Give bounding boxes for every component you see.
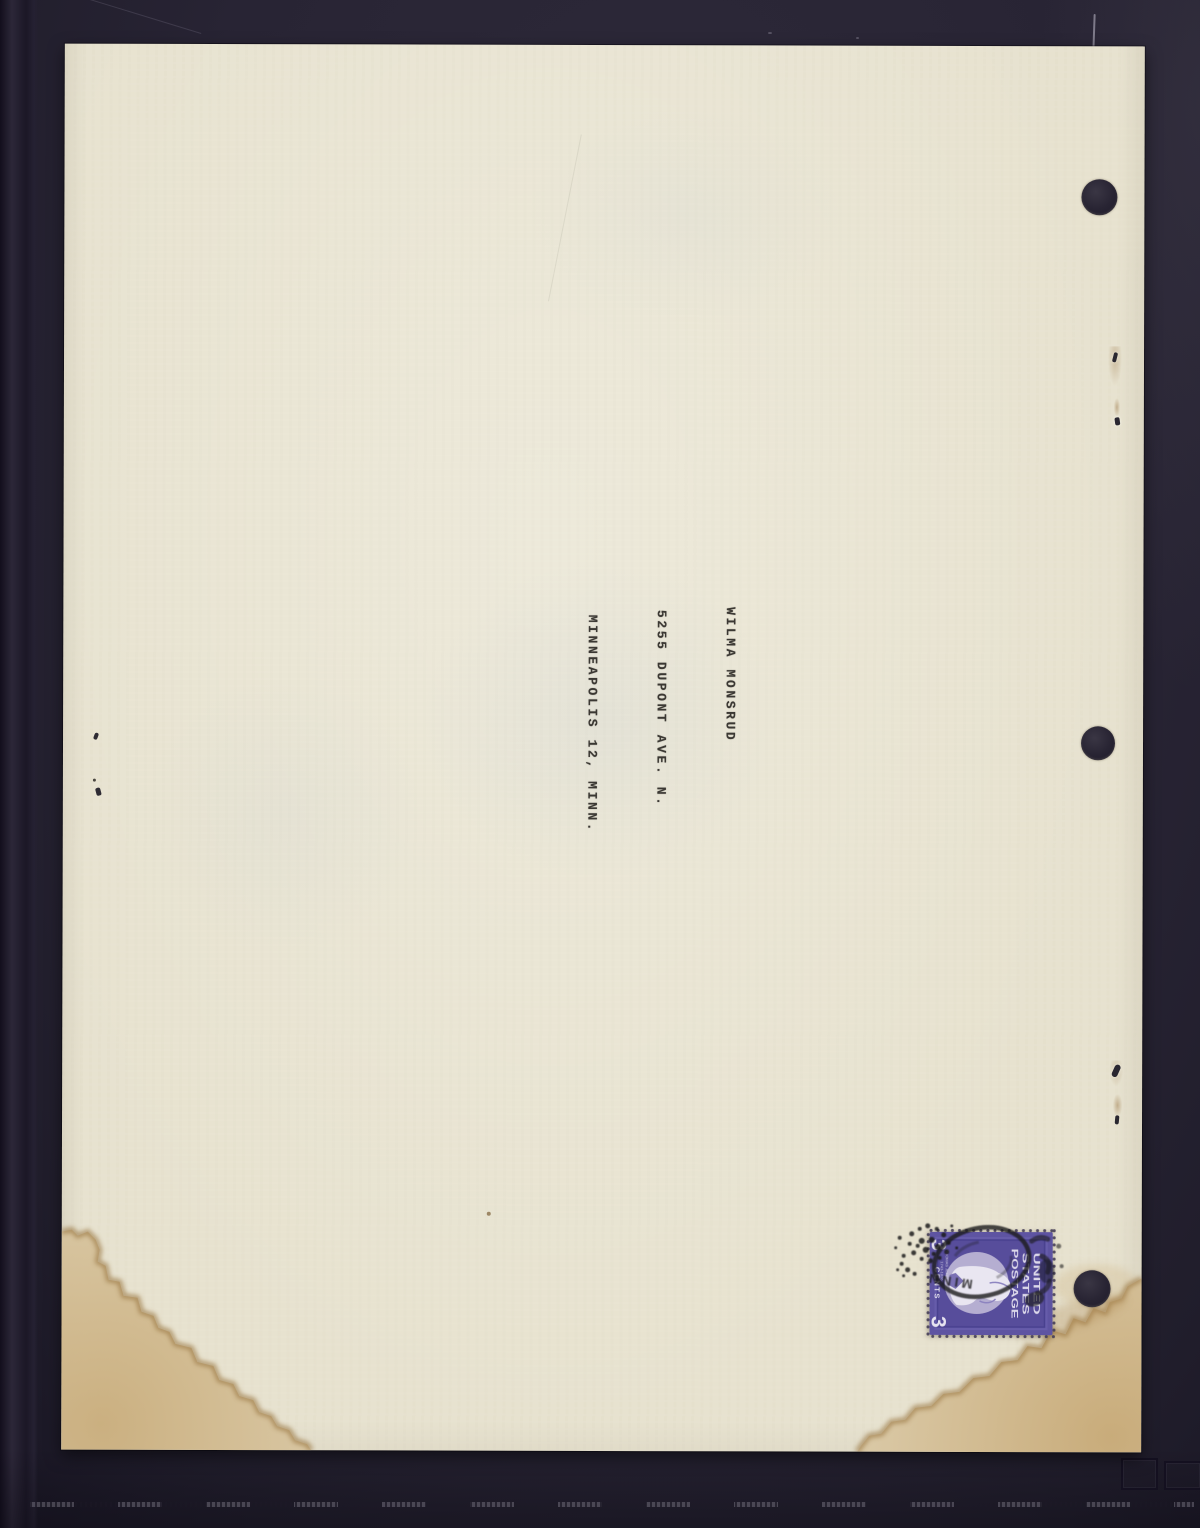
- ink-fleck: [93, 779, 96, 782]
- scanned-document: WILMA MONSRUD 5255 DUPONT AVE. N. MINNEA…: [0, 0, 1200, 1528]
- stamp-country-word2: STATES: [1020, 1253, 1031, 1315]
- background-embossed-rectangle: [1164, 1461, 1200, 1490]
- punch-hole-bottom: [1074, 1270, 1111, 1307]
- stamp-country-word1: UNITED: [1031, 1253, 1042, 1315]
- stamp-country-word3: POSTAGE: [1009, 1249, 1020, 1319]
- stamp-denomination-left: 3: [927, 1239, 950, 1251]
- address-line-3: MINNEAPOLIS 12, MINN.: [580, 615, 604, 833]
- background-embossed-rectangle: [1121, 1458, 1158, 1490]
- stain-bottom-left: [61, 1230, 312, 1451]
- background-scratch-diagonal: [77, 0, 202, 34]
- stamp-denomination-right: 3: [926, 1316, 949, 1328]
- address-line-1: WILMA MONSRUD: [718, 607, 742, 833]
- address-line-2: 5255 DUPONT AVE. N.: [649, 610, 673, 833]
- staple-rust-smudge: [1114, 398, 1120, 416]
- stamp-portrait-name: THOMAS JEFFERSON: [945, 1250, 950, 1292]
- typed-address: WILMA MONSRUD 5255 DUPONT AVE. N. MINNEA…: [534, 607, 788, 834]
- background-speck: [856, 37, 859, 39]
- punch-hole-middle: [1081, 726, 1115, 760]
- stamp-denomination-word: CENTS: [933, 1267, 942, 1300]
- microfilm-edge-marks: [30, 1502, 1194, 1507]
- staple-hole: [1114, 417, 1120, 426]
- paper-page: WILMA MONSRUD 5255 DUPONT AVE. N. MINNEA…: [61, 44, 1145, 1453]
- scanner-background-vignette: [0, 1448, 1200, 1528]
- paper-speck: [487, 1212, 491, 1216]
- staple-rust-smudge: [1113, 1094, 1122, 1116]
- postage-stamp: UNITED STATES POSTAGE THOMAS JEFFERSON 1…: [926, 1229, 1055, 1338]
- binder-spine-shadow: [0, 0, 38, 1528]
- punch-hole-top: [1081, 179, 1117, 215]
- background-speck: [768, 32, 772, 34]
